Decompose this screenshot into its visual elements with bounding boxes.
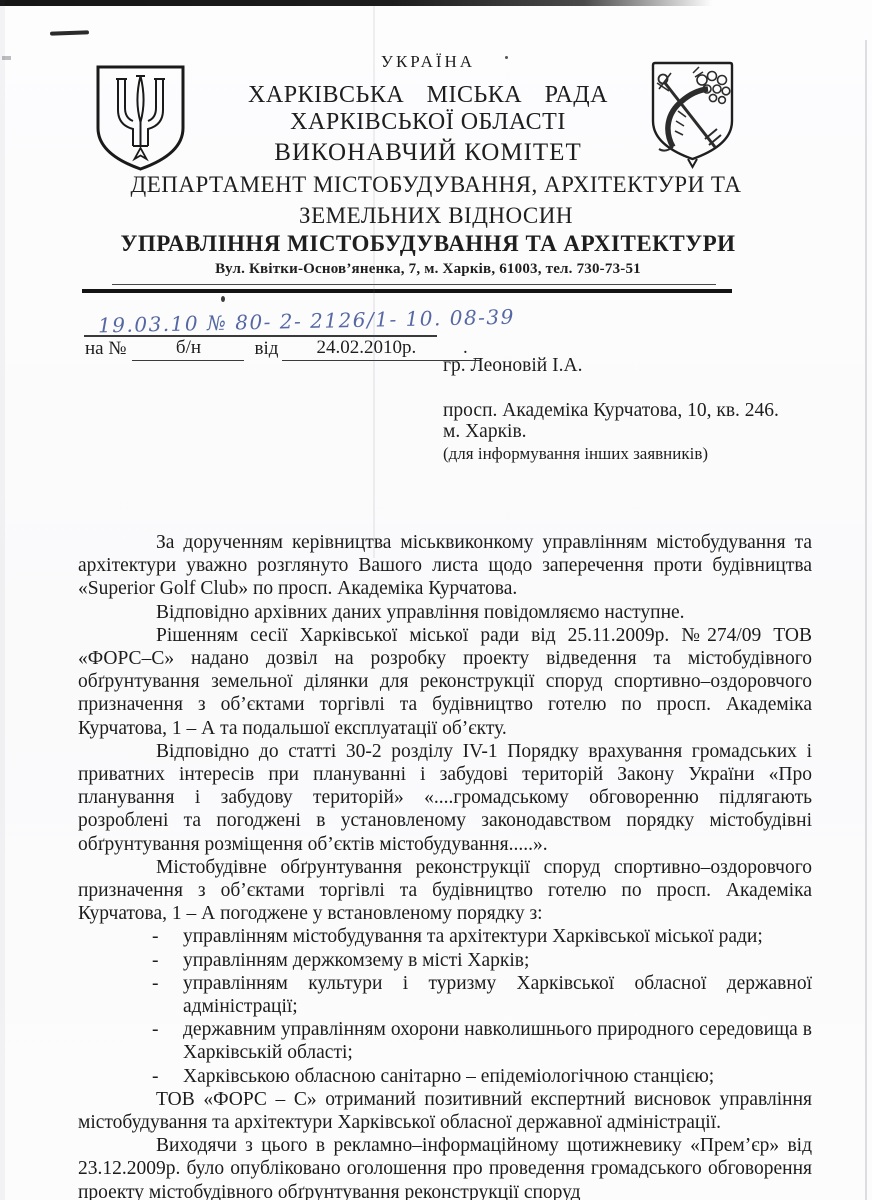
letterhead-address: Вул. Квітки-Основ’яненка, 7, м. Харків, … xyxy=(0,261,864,278)
org-name-line1: ХАРКІВСЬКА МІСЬКА РАДА xyxy=(0,82,864,109)
scan-mark-artifact-small xyxy=(2,56,11,60)
scan-mark-artifact xyxy=(50,30,89,35)
paragraph: Рішенням сесії Харківської міської ради … xyxy=(78,624,812,740)
scan-edge-artifact-right xyxy=(865,40,867,1200)
approvals-list-item: управлінням держкомзему в місті Харків; xyxy=(78,949,812,972)
ink-speck xyxy=(505,56,508,59)
reply-prefix-label: на № xyxy=(85,338,128,361)
paragraph: Виходячи з цього в рекламно–інформаційно… xyxy=(78,1134,812,1200)
scanned-letter-page: УКРАЇНА ХАРКІВСЬКА МІСЬКА РАДА ХАРКІВСЬК… xyxy=(0,0,872,1200)
ink-speck xyxy=(221,296,225,302)
committee-name: ВИКОНАВЧИЙ КОМІТЕТ xyxy=(0,139,864,167)
scan-edge-artifact-left xyxy=(0,0,5,1200)
address-underline xyxy=(112,284,716,285)
addressee-name: гр. Леоновій І.А. xyxy=(443,355,779,376)
letterhead-divider xyxy=(82,289,732,293)
paragraph: Відповідно до статті 30-2 розділу IV-1 П… xyxy=(78,740,812,856)
reply-number-value: б/н xyxy=(132,337,244,361)
incoming-reference-line: на № б/н від 24.02.2010р. . xyxy=(85,337,480,361)
office-name: УПРАВЛІННЯ МІСТОБУДУВАННЯ ТА АРХІТЕКТУРИ xyxy=(0,231,864,257)
scan-edge-artifact xyxy=(0,0,712,6)
country-name: УКРАЇНА xyxy=(0,52,864,72)
handwritten-outgoing-number: 19.03.10 № 80- 2- 2126/1- 10. 08-39 xyxy=(98,305,515,338)
paper-fold-line xyxy=(373,6,375,558)
reply-date-label: від xyxy=(244,338,282,361)
addressee-note: (для інформування інших заявників) xyxy=(443,443,779,464)
department-name: ДЕПАРТАМЕНТ МІСТОБУДУВАННЯ, АРХІТЕКТУРИ … xyxy=(108,169,764,231)
paragraph: Відповідно архівних даних управління пов… xyxy=(78,601,812,624)
approvals-list-item: державним управлінням охорони навколишнь… xyxy=(78,1018,812,1064)
org-name-line2: ХАРКІВСЬКОЇ ОБЛАСТІ xyxy=(0,109,864,136)
paragraph: ТОВ «ФОРС – С» отриманий позитивний експ… xyxy=(78,1088,812,1134)
paragraph: За дорученням керівництва міськвиконкому… xyxy=(78,531,812,601)
letter-body: За дорученням керівництва міськвиконкому… xyxy=(78,531,812,1200)
approvals-list-item: управлінням культури і туризму Харківськ… xyxy=(78,972,812,1018)
reply-date-value: 24.02.2010р. xyxy=(282,337,450,361)
addressee-city: м. Харків. xyxy=(443,421,779,442)
addressee-block: гр. Леоновій І.А. просп. Академіка Курча… xyxy=(443,355,779,464)
approvals-list-item: Харківською обласною санітарно – епідемі… xyxy=(78,1065,812,1088)
approvals-list: управлінням містобудування та архітектур… xyxy=(78,925,812,1087)
approvals-list-item: управлінням містобудування та архітектур… xyxy=(78,925,812,948)
paragraph: Містобудівне обґрунтування реконструкції… xyxy=(78,856,812,926)
addressee-street: просп. Академіка Курчатова, 10, кв. 246. xyxy=(443,400,779,421)
